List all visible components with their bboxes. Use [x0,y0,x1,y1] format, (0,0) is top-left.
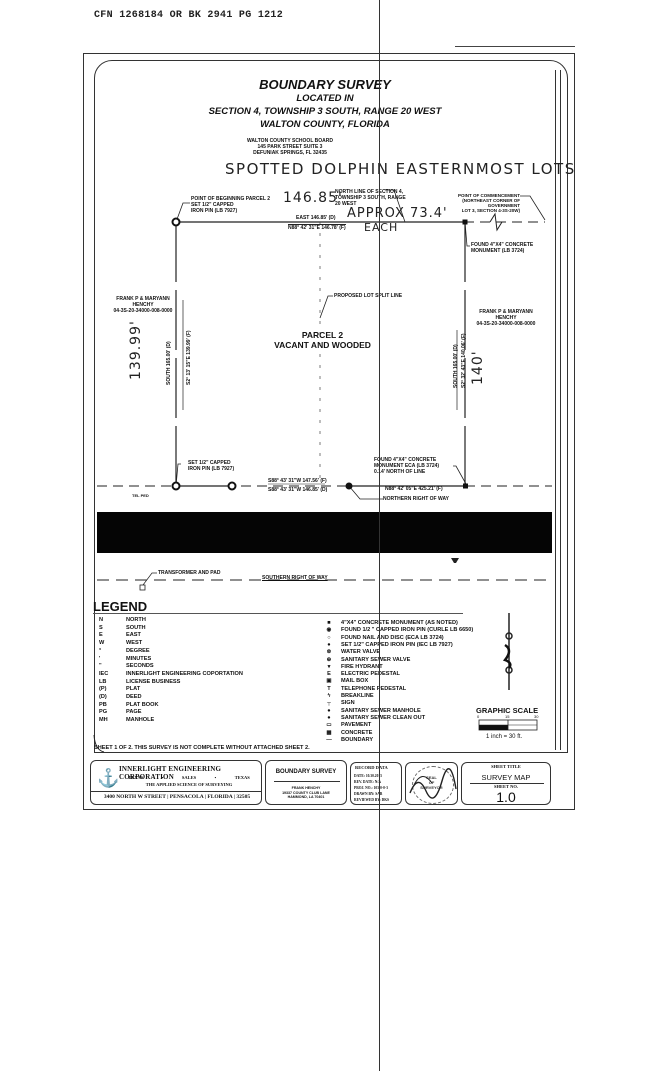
sheet-title-label: SHEET TITLE [462,764,550,769]
handwritten-approx: APPROX 73.4' [347,206,448,221]
north-bearing-field: N88° 42' 31"E 146.78' (F) [288,224,346,231]
legend-desc: SOUTH [126,625,146,631]
legend-symbol-desc: SET 1/2" CAPPED IRON PIN (IEC LB 7927) [341,642,453,648]
south-bearing-deed: S88° 43' 31"W 146.85' (D) [268,487,327,493]
long-bearing: N88° 42' 05"E 425.21' (F) [385,486,443,492]
legend-symbol-row: ●SET 1/2" CAPPED IRON PIN (IEC LB 7927) [323,642,453,648]
east-owner: FRANK P & MARYANN HENCHY 04-3S-20-34000-… [472,309,540,327]
legend-abbr: W [99,640,119,646]
legend-abbr: N [99,617,119,623]
west-owner: FRANK P & MARYANN HENCHY 04-3S-20-34000-… [108,296,178,314]
legend-symbol-desc: BREAKLINE [341,693,374,699]
pob-note: POINT OF BEGINNING PARCEL 2 SET 1/2" CAP… [191,196,270,214]
legend-desc: PLAT [126,686,140,692]
project-title: BOUNDARY SURVEY [266,769,346,775]
company-tag: TEXAS [235,775,250,780]
legend-symbol-icon: ⊕ [323,657,335,663]
legend-desc: LICENSE BUSINESS [126,679,180,685]
legend-symbol-row: ▩CONCRETE [323,730,372,736]
company-tag-sep: • [215,775,217,780]
legend-symbol-row: ϟBREAKLINE [323,693,374,699]
southern-row-label: SOUTHERN RIGHT OF WAY [262,575,328,581]
legend-abbr: ° [99,648,119,654]
legend-symbol-desc: FOUND 1/2 " CAPPED IRON PIN (CURLE LB 66… [341,627,473,633]
transformer-label: TRANSFORMER AND PAD [158,570,221,576]
set-pin-line2: IRON PIN (LB 7927) [188,466,234,472]
legend-abbr: PB [99,702,119,708]
legend-symbol-icon: ○ [323,635,335,641]
found-eca-line3: 0.14' NORTH OF LINE [374,469,439,475]
legend-symbol-row: ▣MAIL BOX [323,678,368,684]
legend-abbr: " [99,663,119,669]
found-monument-note: FOUND 4"X4" CONCRETE MONUMENT (LB 3724) [471,242,533,254]
company-tags: TEXAS • SALES • TEXAS [119,775,259,780]
legend-symbol-desc: PAVEMENT [341,722,371,728]
legend-desc: MINUTES [126,656,151,662]
legend-symbol-icon: ● [323,708,335,714]
legend-symbol-icon: E [323,671,335,677]
legend-abbr: (D) [99,694,119,700]
split-line-label: PROPOSED LOT SPLIT LINE [334,293,402,299]
handwritten-east-length: 140' [470,350,486,385]
client-block: FRANK HENCHY 19337 COUNTY CLUB LANE HAMM… [266,786,346,800]
legend-symbol-row: ●SANITARY SEWER CLEAN OUT [323,715,425,721]
pob-line3: IRON PIN (LB 7927) [191,208,270,214]
legend-symbol-desc: WATER VALVE [341,649,380,655]
legend-abbr: ' [99,656,119,662]
legend-symbol-icon: ◉ [323,627,335,633]
parcel-description: VACANT AND WOODED [260,340,385,350]
legend-symbol-row: ○FOUND NAIL AND DISC (ECA LB 3724) [323,635,444,641]
legend-symbol-desc: FIRE HYDRANT [341,664,383,670]
sheet-box: SHEET TITLE SURVEY MAP SHEET NO. 1.0 [461,762,551,805]
legend-symbol-icon: ⊗ [323,649,335,655]
south-bearing-field: S88° 43' 31"W 147.56' (F) [268,478,327,484]
legend-symbol-desc: SANITARY SEWER VALVE [341,657,410,663]
legend-symbol-row: ▾FIRE HYDRANT [323,664,383,670]
legend-symbol-row: TTELEPHONE PEDESTAL [323,686,406,692]
legend-symbol-icon: ϟ [323,693,335,699]
company-logo-icon: ⚓ [97,765,115,791]
sheet-note: SHEET 1 OF 2. THIS SURVEY IS NOT COMPLET… [94,745,310,751]
legend-desc: DEED [126,694,142,700]
north-bearing-deed: EAST 146.85' (D) [296,215,336,221]
legend-abbr: E [99,632,119,638]
found-eca-note: FOUND 4"X4" CONCRETE MONUMENT ECA (LB 37… [374,457,439,475]
signature-scribble [406,763,458,805]
legend-symbol-row: ▭PAVEMENT [323,722,371,728]
east-bearing-field: S2° 32' 43"E 140.06' (F) [461,333,467,388]
legend-symbol-desc: BOUNDARY [341,737,373,743]
sheet-number: 1.0 [462,789,550,805]
scale-tick-30: 30 [534,714,538,719]
client-address2: HAMMOND, LA 70401 [266,795,346,800]
west-bearing-deed: SOUTH 165.00' (D) [166,341,172,385]
legend-title: LEGEND [93,599,147,614]
parcel-label: PARCEL 2 VACANT AND WOODED [260,330,385,350]
legend-symbol-row: ⊕SANITARY SEWER VALVE [323,657,410,663]
west-bearing-field: S2° 13' 15"E 139.99' (F) [186,330,192,385]
legend-divider [93,613,463,614]
legend-desc: PAGE [126,709,141,715]
legend-symbol-desc: SIGN [341,700,355,706]
poc-line3: LOT 3, SECTION 4-3S-20W) [448,208,520,213]
company-box: ⚓ INNERLIGHT ENGINEERING CORPORATION TEX… [90,760,262,805]
company-tag: SALES [182,775,196,780]
record-lines: DATE: 10.30.2015REV. DATE: N/APROJ. NO.:… [354,773,389,803]
poc-note: POINT OF COMMENCEMENT (NORTHEAST CORNER … [448,193,520,213]
legend-symbol-icon: — [323,737,335,743]
legend-symbol-desc: MAIL BOX [341,678,368,684]
company-tag: TEXAS [128,775,143,780]
north-line-note: NORTH LINE OF SECTION 4, TOWNSHIP 3 SOUT… [335,189,406,207]
handwritten-north-length: 146.85' [283,190,343,206]
legend-symbol-row: —BOUNDARY [323,737,373,743]
scale-note: 1 inch = 30 ft. [486,734,522,740]
record-title: RECORD DATA [355,765,388,770]
legend-symbol-desc: CONCRETE [341,730,372,736]
legend-desc: NORTH [126,617,146,623]
scale-tick-0: 0 [477,714,479,719]
legend-desc: PLAT BOOK [126,702,159,708]
east-bearing-deed: SOUTH 165.00' (D) [453,344,459,388]
legend-symbol-desc: TELEPHONE PEDESTAL [341,686,406,692]
legend-symbol-icon: ■ [323,620,335,626]
scan-artifact-line [379,0,380,1071]
legend-abbr: MH [99,717,119,723]
sheet-title: SURVEY MAP [462,773,550,782]
legend-symbol-desc: SANITARY SEWER MANHOLE [341,708,421,714]
legend-symbol-icon: ● [323,715,335,721]
legend-desc: MANHOLE [126,717,154,723]
legend-abbr: (P) [99,686,119,692]
paved-road [97,512,552,553]
north-line-line3: 20 WEST [335,201,406,207]
poc-line2: (NORTHEAST CORNER OF GOVERNMENT [448,198,520,208]
record-line: REVIEWED BY: DKS [354,797,389,803]
legend-symbol-desc: SANITARY SEWER CLEAN OUT [341,715,425,721]
handwritten-each: EACH [364,221,398,234]
project-box: BOUNDARY SURVEY FRANK HENCHY 19337 COUNT… [265,760,347,805]
legend-abbr: IEC [99,671,119,677]
east-owner-line3: 04-3S-20-34000-008-0000 [472,321,540,327]
found-monument-line2: MONUMENT (LB 3724) [471,248,533,254]
legend-symbol-desc: 4"X4" CONCRETE MONUMENT (AS NOTED) [341,620,458,626]
legend-symbol-icon: ● [323,642,335,648]
legend-symbol-row: ⊗WATER VALVE [323,649,380,655]
legend-abbr: S [99,625,119,631]
legend-desc: INNERLIGHT ENGINEERING COPORTATION [126,671,243,677]
company-motto: THE APPLIED SCIENCE OF SURVEYING [119,782,259,787]
legend-symbol-icon: ▩ [323,730,335,736]
northern-row-label: NORTHERN RIGHT OF WAY [383,496,449,502]
company-tag-sep: • [162,775,164,780]
parcel-name: PARCEL 2 [260,330,385,340]
west-owner-line3: 04-3S-20-34000-008-0000 [108,308,178,314]
company-address: 3400 NORTH W STREET | PENSACOLA | FLORID… [94,794,260,800]
legend-symbol-row: ┬SIGN [323,700,355,706]
legend-desc: EAST [126,632,141,638]
seal-box: SEAL OF SURVEYOR [405,762,458,805]
legend-symbol-icon: T [323,686,335,692]
legend-abbr: LB [99,679,119,685]
legend-symbol-row: EELECTRIC PEDESTAL [323,671,400,677]
handwritten-west-length: 139.99' [128,320,144,380]
set-pin-note: SET 1/2" CAPPED IRON PIN (LB 7927) [188,460,234,472]
legend-symbol-icon: ▾ [323,664,335,670]
legend-symbol-icon: ▣ [323,678,335,684]
legend-symbol-row: ◉FOUND 1/2 " CAPPED IRON PIN (CURLE LB 6… [323,627,473,633]
tel-ped-label: TEL PED [132,493,149,499]
legend-desc: SECONDS [126,663,154,669]
legend-symbol-row: ●SANITARY SEWER MANHOLE [323,708,421,714]
legend-symbol-row: ■4"X4" CONCRETE MONUMENT (AS NOTED) [323,620,458,626]
legend-desc: WEST [126,640,142,646]
legend-abbr: PG [99,709,119,715]
legend-desc: DEGREE [126,648,150,654]
scale-tick-15: 15 [505,714,509,719]
legend-symbol-desc: FOUND NAIL AND DISC (ECA LB 3724) [341,635,444,641]
legend-symbol-desc: ELECTRIC PEDESTAL [341,671,400,677]
legend-symbol-icon: ▭ [323,722,335,728]
record-box: RECORD DATA DATE: 10.30.2015REV. DATE: N… [350,762,402,805]
legend-symbol-icon: ┬ [323,700,335,706]
